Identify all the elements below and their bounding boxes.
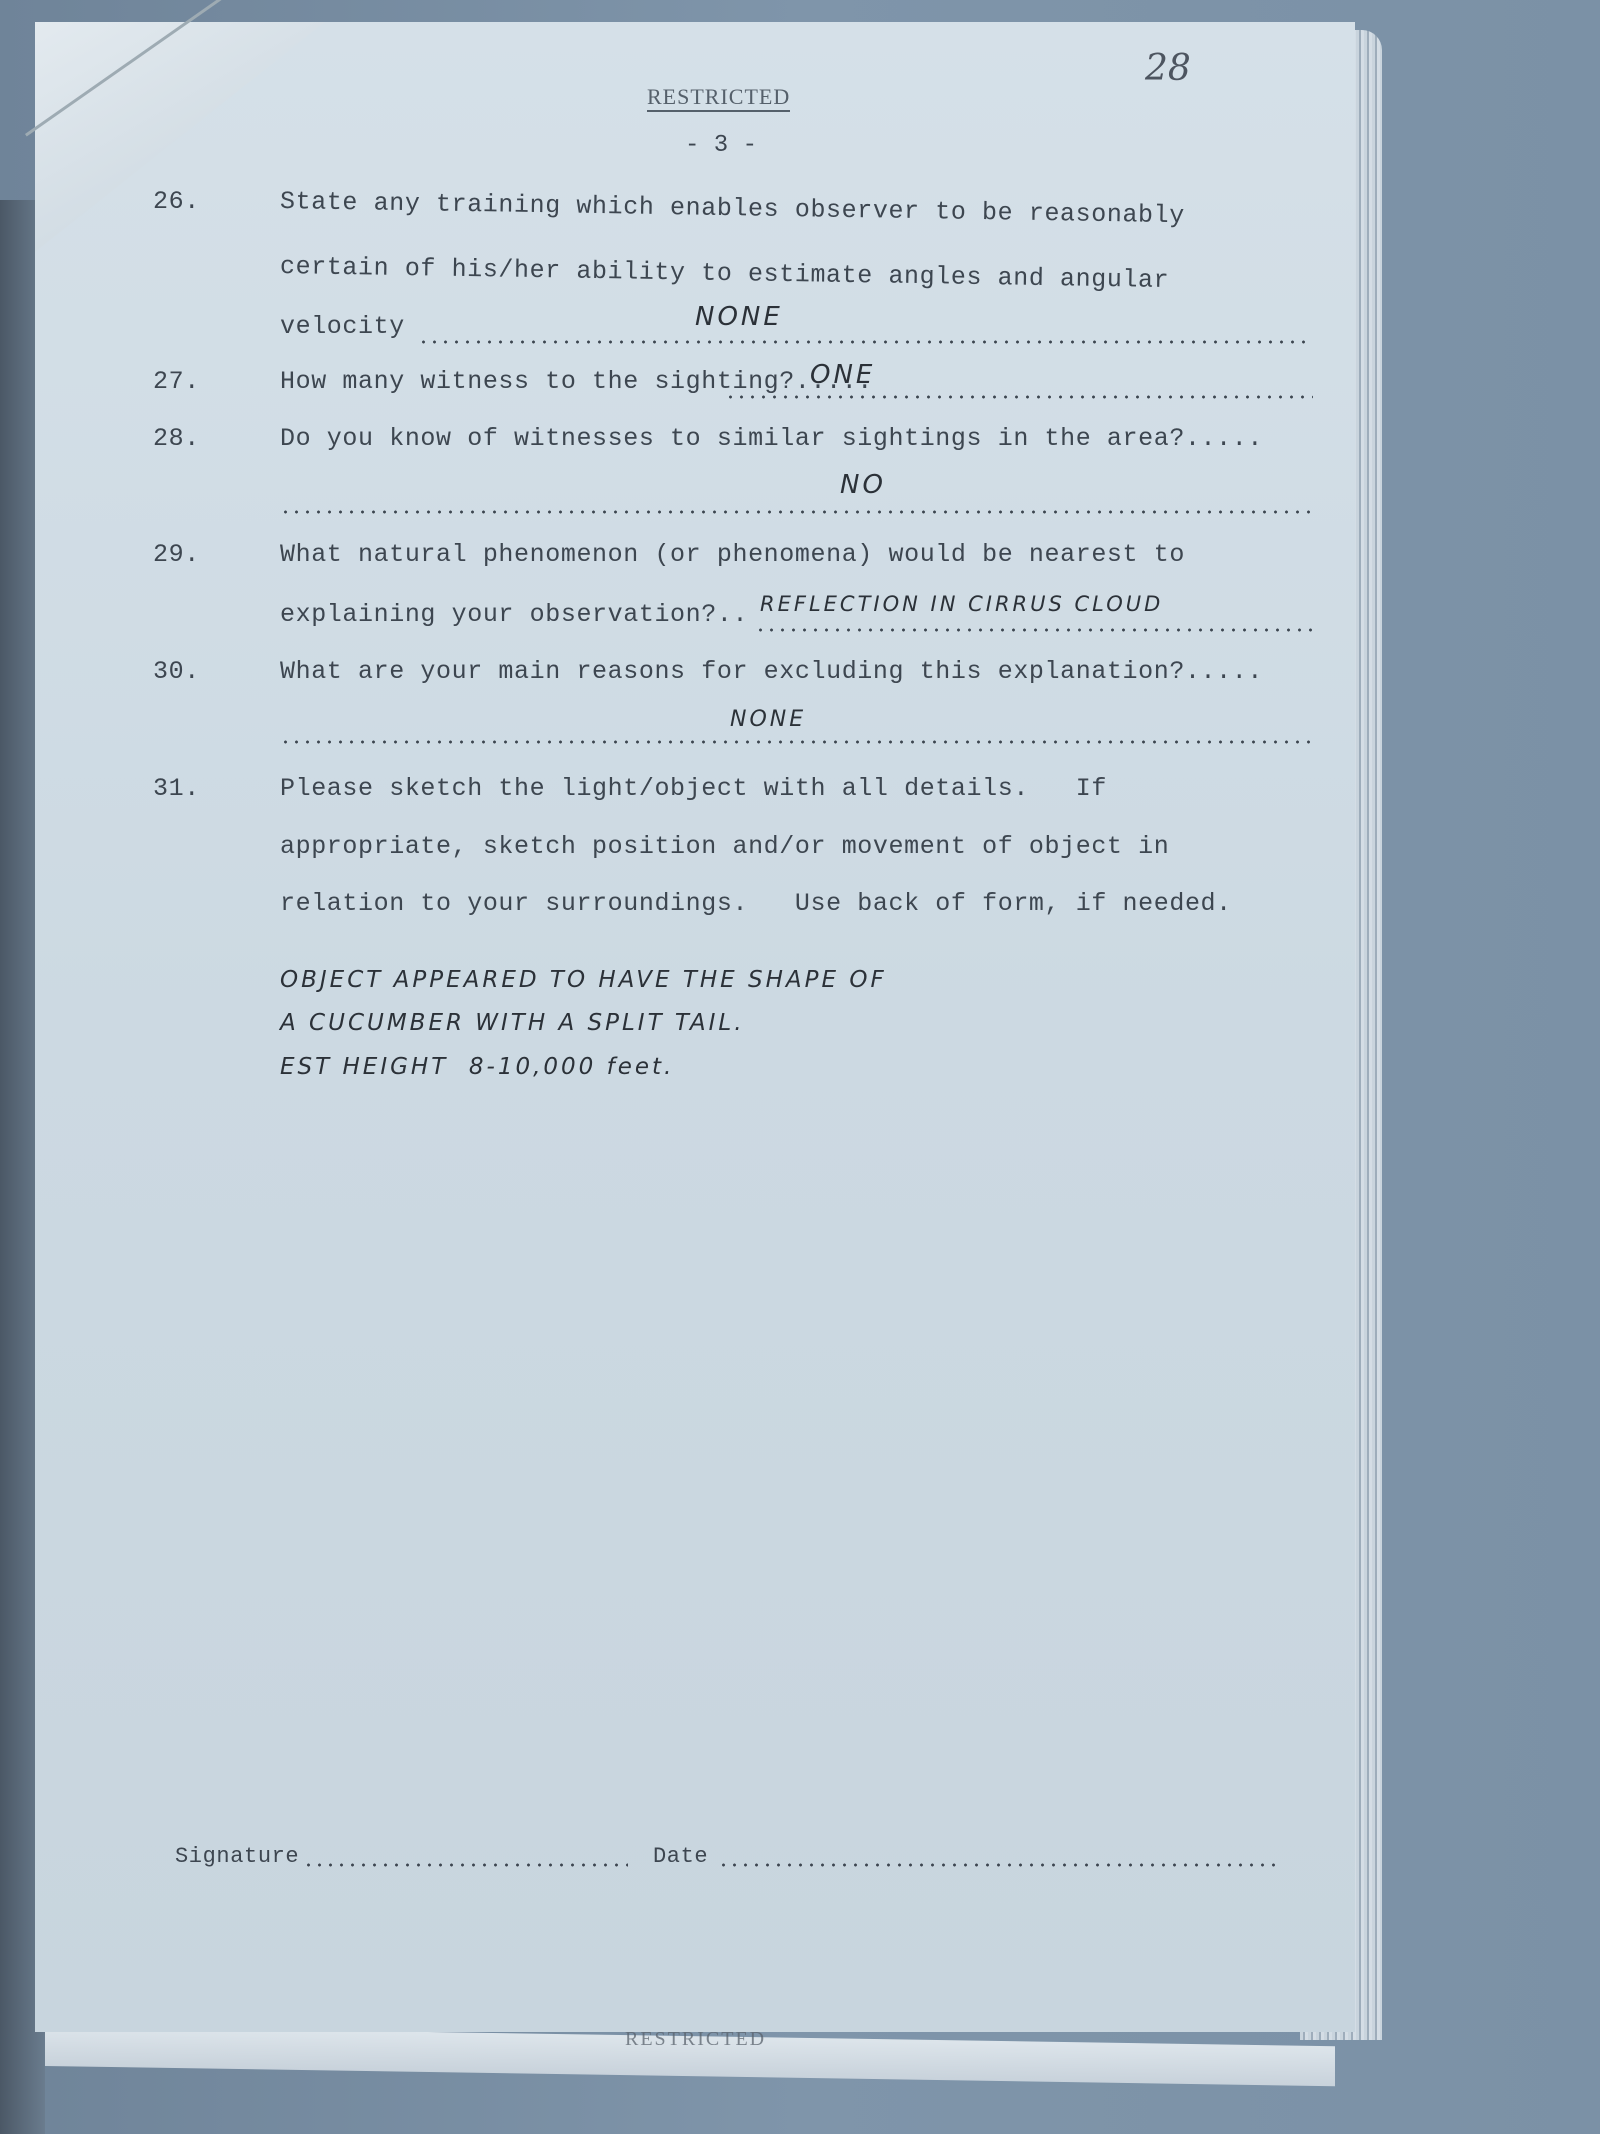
q29-line-1: What natural phenomenon (or phenomena) w… [280,540,1185,569]
q30-answer-line [280,740,1313,744]
q29-answer-line [755,628,1313,632]
classification-footer: RESTRICTED [625,2028,766,2051]
q31-line-3: relation to your surroundings. Use back … [280,889,1232,918]
q29-line-2: explaining your observation?.. [280,600,748,629]
classification-header: RESTRICTED [647,84,790,112]
date-label: Date [653,1844,708,1869]
signature-label: Signature [175,1844,299,1869]
q28-answer-line [280,510,1313,514]
folded-corner [35,22,325,252]
q29-number: 29. [153,540,200,569]
q28-answer[interactable]: NO [840,470,886,500]
q29-answer[interactable]: REFLECTION IN CIRRUS CLOUD [760,592,1163,616]
q31-answer-line-1[interactable]: OBJECT APPEARED TO HAVE THE SHAPE OF [280,967,887,993]
q30-number: 30. [153,657,200,686]
page-number: - 3 - [685,132,757,159]
q31-line-1: Please sketch the light/object with all … [280,774,1107,803]
date-field[interactable] [718,1863,1283,1867]
q27-answer[interactable]: ONE [810,360,875,390]
q30-line-1: What are your main reasons for excluding… [280,657,1263,686]
q26-line-3: velocity [280,312,405,341]
handwritten-file-number: 28 [1145,48,1191,89]
q31-line-2: appropriate, sketch position and/or move… [280,832,1169,861]
q31-number: 31. [153,774,200,803]
q26-number: 26. [153,187,200,216]
q31-answer-line-3[interactable]: EST HEIGHT 8-10,000 feet. [280,1054,674,1080]
form-page: 28 RESTRICTED - 3 - 26. State any traini… [35,22,1355,2032]
q28-line-1: Do you know of witnesses to similar sigh… [280,424,1263,453]
q27-number: 27. [153,367,200,396]
q30-answer[interactable]: NONE [730,707,806,732]
q27-line-1: How many witness to the sighting?..... [280,367,873,396]
signature-field[interactable] [303,1863,628,1867]
q28-number: 28. [153,424,200,453]
q26-line-1: State any training which enables observe… [280,187,1185,230]
q31-answer-line-2[interactable]: A CUCUMBER WITH A SPLIT TAIL. [280,1010,745,1036]
q26-answer-line [418,340,1313,344]
q26-line-2: certain of his/her ability to estimate a… [280,252,1170,295]
q26-answer[interactable]: NONE [695,302,783,332]
q27-answer-line [725,395,1313,399]
